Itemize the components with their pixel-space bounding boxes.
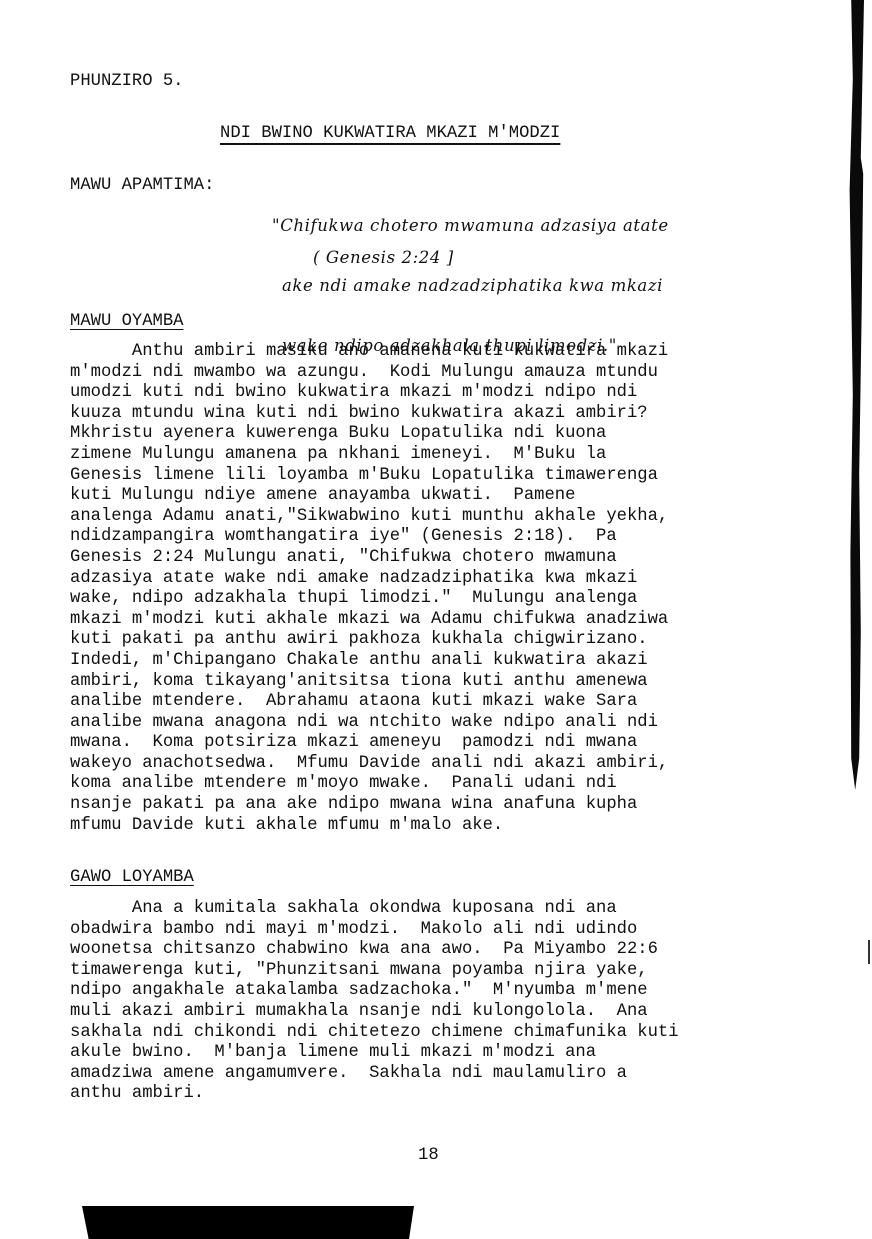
text-line: akule bwino. M'banja limene muli mkazi m…	[70, 1043, 679, 1064]
text-line: analenga Adamu anati,"Sikwabwino kuti mu…	[70, 507, 668, 528]
key-verse-reference: ( Genesis 2:24 ]	[313, 248, 454, 268]
scan-artifact-mark	[868, 940, 870, 964]
text-line: nsanje pakati pa ana ake ndipo mwana win…	[70, 795, 668, 816]
text-line: wake, ndipo adzakhala thupi limodzi." Mu…	[70, 589, 668, 610]
text-line: kuti pakati pa anthu awiri pakhoza kukha…	[70, 630, 668, 651]
scan-artifact-right-edge	[848, 0, 864, 790]
text-line: anthu ambiri.	[70, 1084, 679, 1105]
text-line: Mkhristu ayenera kuwerenga Buku Lopatuli…	[70, 424, 668, 445]
lesson-label: PHUNZIRO 5.	[70, 72, 183, 91]
text-line: ndipo angakhale atakalamba sadzachoka." …	[70, 981, 679, 1002]
text-line: muli akazi ambiri mumakhala nsanje ndi k…	[70, 1002, 679, 1023]
text-line: Genesis limene lili loyamba m'Buku Lopat…	[70, 466, 668, 487]
text-line: sakhala ndi chikondi ndi chitetezo chime…	[70, 1023, 679, 1044]
text-line: kuti Mulungu ndiye amene anayamba ukwati…	[70, 486, 668, 507]
text-line: analibe mtendere. Abrahamu ataona kuti m…	[70, 692, 668, 713]
key-verse-label: MAWU APAMTIMA:	[70, 176, 214, 195]
text-line: mfumu Davide kuti akhale mfumu m'malo ak…	[70, 816, 668, 837]
section-heading-introduction: MAWU OYAMBA	[70, 312, 183, 331]
section-body-introduction: Anthu ambiri masiku ano amanena kuti kuk…	[70, 342, 668, 836]
text-line: m'modzi ndi mwambo wa azungu. Kodi Mulun…	[70, 363, 668, 384]
text-line: Anthu ambiri masiku ano amanena kuti kuk…	[70, 342, 668, 363]
text-line: wakeyo anachotsedwa. Mfumu Davide anali …	[70, 754, 668, 775]
text-line: ndidzampangira womthangatira iye" (Genes…	[70, 527, 668, 548]
text-line: mkazi m'modzi kuti akhale mkazi wa Adamu…	[70, 610, 668, 631]
text-line: ambiri, koma tikayang'anitsitsa tiona ku…	[70, 672, 668, 693]
text-line: amadziwa amene angamumvere. Sakhala ndi …	[70, 1064, 679, 1085]
text-line: umodzi kuti ndi bwino kukwatira mkazi m'…	[70, 383, 668, 404]
text-line: timawerenga kuti, "Phunzitsani mwana poy…	[70, 961, 679, 982]
text-line: mwana. Koma potsiriza mkazi ameneyu pamo…	[70, 733, 668, 754]
key-verse-line: ake ndi amake nadzadziphatika kwa mkazi	[272, 276, 669, 296]
text-line: analibe mwana anagona ndi wa ntchito wak…	[70, 713, 668, 734]
text-line: kuuza mtundu wina kuti ndi bwino kukwati…	[70, 404, 668, 425]
text-line: koma analibe mtendere m'moyo mwake. Pana…	[70, 774, 668, 795]
section-body-part-one: Ana a kumitala sakhala okondwa kuposana …	[70, 899, 679, 1105]
page-title: NDI BWINO KUKWATIRA MKAZI M'MODZI	[220, 124, 560, 143]
text-line: Ana a kumitala sakhala okondwa kuposana …	[70, 899, 679, 920]
page-number: 18	[418, 1146, 439, 1165]
text-line: adzasiya atate wake ndi amake nadzadziph…	[70, 569, 668, 590]
text-line: Indedi, m'Chipangano Chakale anthu anali…	[70, 651, 668, 672]
scan-artifact-bottom	[82, 1206, 414, 1239]
key-verse-line: "Chifukwa chotero mwamuna adzasiya atate	[272, 216, 669, 236]
section-heading-part-one: GAWO LOYAMBA	[70, 868, 194, 887]
text-line: zimene Mulungu amanena pa nkhani imeneyi…	[70, 445, 668, 466]
text-line: Genesis 2:24 Mulungu anati, "Chifukwa ch…	[70, 548, 668, 569]
text-line: obadwira bambo ndi mayi m'modzi. Makolo …	[70, 920, 679, 941]
text-line: woonetsa chitsanzo chabwino kwa ana awo.…	[70, 940, 679, 961]
